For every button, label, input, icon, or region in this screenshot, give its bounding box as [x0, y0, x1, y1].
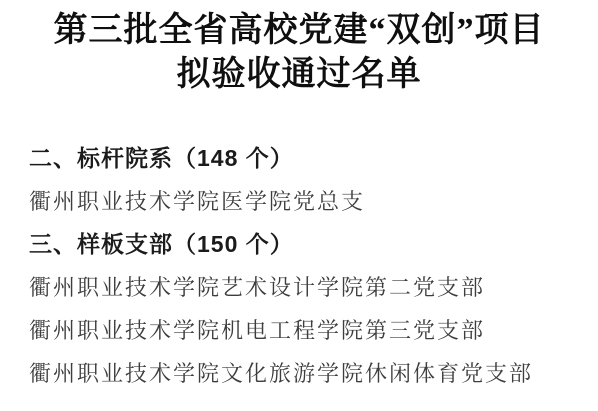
title-line-2: 拟验收通过名单	[0, 53, 598, 97]
list-item: 衢州职业技术学院机电工程学院第三党支部	[29, 309, 578, 352]
section-heading-model-branches: 三、样板支部（150 个）	[29, 223, 578, 266]
list-item: 衢州职业技术学院医学院党总支	[29, 180, 578, 223]
document-body: 二、标杆院系（148 个） 衢州职业技术学院医学院党总支 三、样板支部（150 …	[0, 137, 598, 395]
document-title: 第三批全省高校党建“双创”项目 拟验收通过名单	[0, 0, 598, 97]
list-item: 衢州职业技术学院艺术设计学院第二党支部	[29, 266, 578, 309]
section-heading-benchmark-departments: 二、标杆院系（148 个）	[29, 137, 578, 180]
list-item: 衢州职业技术学院文化旅游学院休闲体育党支部	[29, 352, 578, 395]
title-line-1: 第三批全省高校党建“双创”项目	[0, 9, 598, 53]
document-page: 第三批全省高校党建“双创”项目 拟验收通过名单 二、标杆院系（148 个） 衢州…	[0, 0, 598, 411]
